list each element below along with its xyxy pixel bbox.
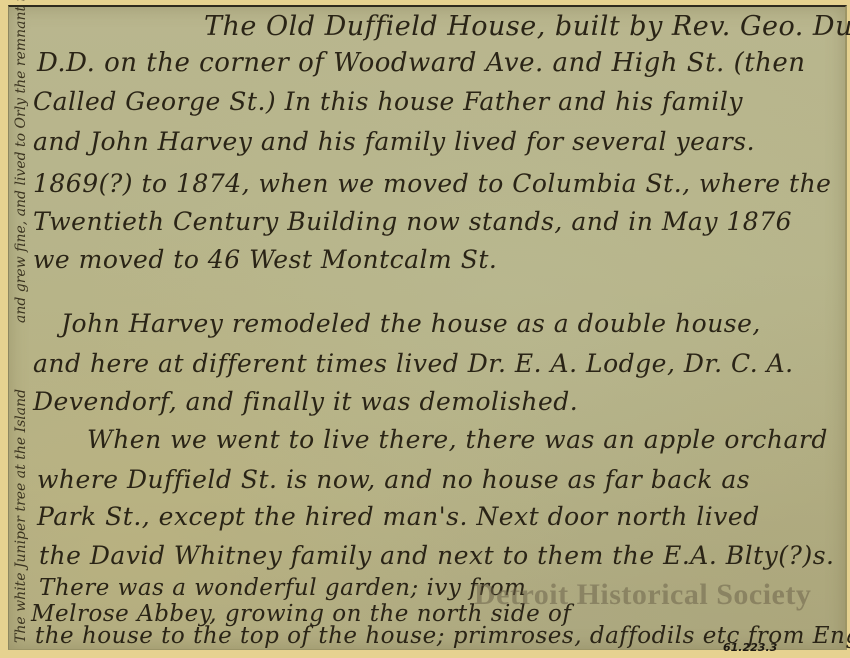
margin-note-bottom: The white Juniper tree at the Island	[13, 389, 29, 643]
text-line-13: Park St., except the hired man's. Next d…	[37, 502, 760, 531]
margin-note-top: and grew fine, and lived to Orly the rem…	[13, 0, 29, 323]
watermark: Detroit Historical Society	[474, 578, 811, 612]
text-line-6: Twentieth Century Building now stands, a…	[33, 207, 792, 236]
text-line-1: The Old Duffield House, built by Rev. Ge…	[204, 11, 850, 42]
text-line-10: Devendorf, and finally it was demolished…	[33, 387, 578, 416]
text-line-4: and John Harvey and his family lived for…	[33, 127, 755, 156]
text-line-11: When we went to live there, there was an…	[87, 425, 828, 454]
text-line-5: 1869(?) to 1874, when we moved to Columb…	[33, 169, 831, 198]
text-line-15: There was a wonderful garden; ivy from	[39, 575, 526, 601]
text-line-9: and here at different times lived Dr. E.…	[33, 349, 794, 378]
letter-paper: The Old Duffield House, built by Rev. Ge…	[8, 5, 847, 650]
scanned-document: The Old Duffield House, built by Rev. Ge…	[0, 0, 850, 658]
text-line-14: the David Whitney family and next to the…	[39, 541, 834, 570]
text-line-2: D.D. on the corner of Woodward Ave. and …	[37, 48, 806, 78]
text-line-3: Called George St.) In this house Father …	[33, 87, 743, 116]
text-line-8: John Harvey remodeled the house as a dou…	[61, 309, 761, 338]
text-line-7: we moved to 46 West Montcalm St.	[33, 245, 497, 274]
accession-number: 61.223.3	[723, 641, 777, 654]
text-line-12: where Duffield St. is now, and no house …	[37, 465, 750, 494]
